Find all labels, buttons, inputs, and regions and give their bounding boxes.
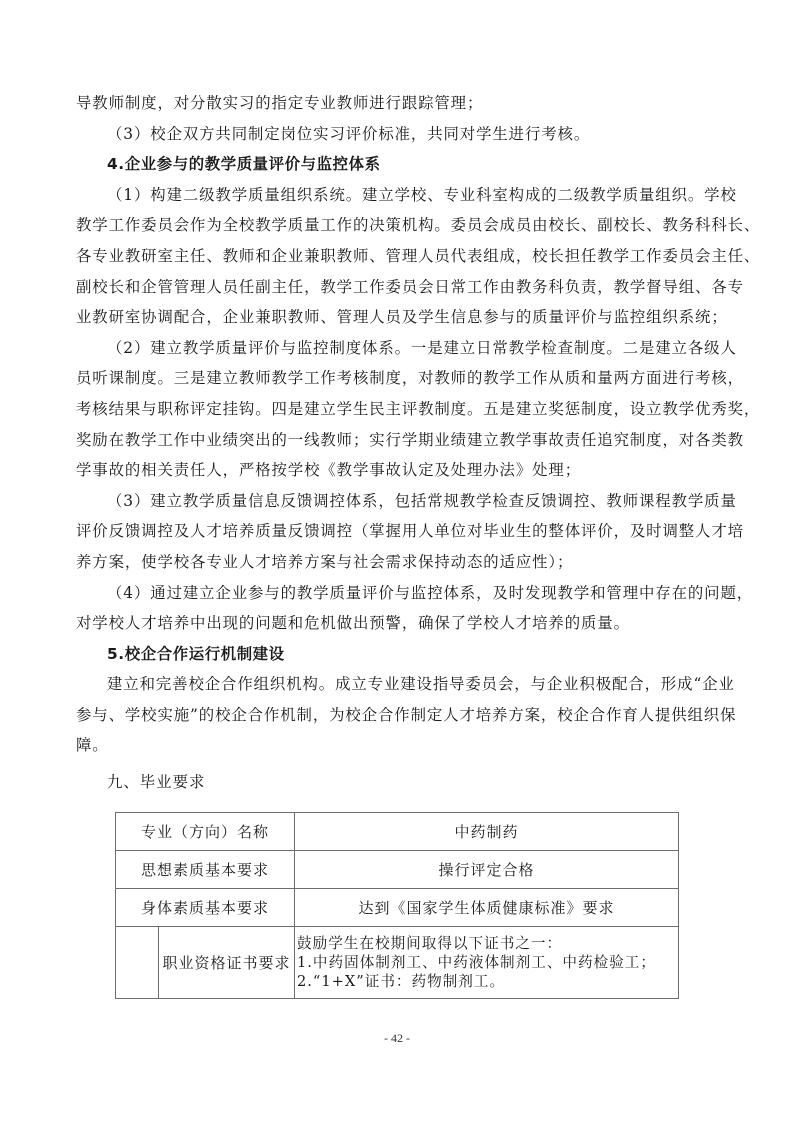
table-cell-label: 职业资格证书要求 (159, 927, 295, 999)
certificate-line: 鼓励学生在校期间取得以下证书之一： (297, 934, 678, 953)
table-cell-value: 中药制药 (295, 813, 679, 851)
paragraph-line: （3）建立教学质量信息反馈调控体系，包括常规教学检查反馈调控、教师课程教学质量 (76, 486, 720, 517)
paragraph-early-warning: （4）通过建立企业参与的教学质量评价与监控体系，及时发现教学和管理中存在的问题，… (76, 578, 720, 639)
paragraph-line: 导教师制度，对分散实习的指定专业教师进行跟踪管理； (76, 88, 720, 119)
paragraph-line: 考核结果与职称评定挂钩。四是建立学生民主评教制度。五是建立奖惩制度，设立教学优秀… (76, 394, 720, 425)
section-heading-graduation-requirements: 九、毕业要求 (76, 767, 720, 798)
paragraph-line: 各专业教研室主任、教师和企业兼职教师、管理人员代表组成，校长担任教学工作委员会主… (76, 241, 720, 272)
paragraph-line: （1）构建二级教学质量组织系统。建立学校、专业科室构成的二级教学质量组织。学校 (76, 180, 720, 211)
section-heading-4: 4.企业参与的教学质量评价与监控体系 (76, 149, 720, 180)
paragraph-line: 障。 (76, 730, 720, 761)
paragraph-quality-organization: （1）构建二级教学质量组织系统。建立学校、专业科室构成的二级教学质量组织。学校 … (76, 180, 720, 333)
table-cell-value: 操行评定合格 (295, 851, 679, 889)
table-row-certificates: 职业资格证书要求 鼓励学生在校期间取得以下证书之一： 1.中药固体制剂工、中药液… (116, 927, 679, 999)
paragraph-feedback-system: （3）建立教学质量信息反馈调控体系，包括常规教学检查反馈调控、教师课程教学质量 … (76, 486, 720, 578)
paragraph-line: （4）通过建立企业参与的教学质量评价与监控体系，及时发现教学和管理中存在的问题， (76, 578, 720, 609)
table-cell-certificates: 鼓励学生在校期间取得以下证书之一： 1.中药固体制剂工、中药液体制剂工、中药检验… (295, 927, 679, 999)
graduation-requirements-table: 专业（方向）名称 中药制药 思想素质基本要求 操行评定合格 身体素质基本要求 达… (115, 812, 679, 999)
paragraph-line: 奖励在教学工作中业绩突出的一线教师；实行学期业绩建立教学事故责任追究制度，对各类… (76, 425, 720, 456)
table-cell-value: 达到《国家学生体质健康标准》要求 (295, 889, 679, 927)
page-number: - 42 - (0, 1031, 794, 1046)
paragraph-line: 建立和完善校企合作组织机构。成立专业建设指导委员会，与企业积极配合，形成“企业 (76, 669, 720, 700)
paragraph-line: 员听课制度。三是建立教师教学工作考核制度，对教师的教学工作从质和量两方面进行考核… (76, 363, 720, 394)
section-heading-5: 5.校企合作运行机制建设 (76, 639, 720, 670)
paragraph-line: 养方案，使学校各专业人才培养方案与社会需求保持动态的适应性）； (76, 547, 720, 578)
certificate-line: 2.“1+X”证书：药物制剂工。 (297, 972, 678, 991)
paragraph-line: 评价反馈调控及人才培养质量反馈调控（掌握用人单位对毕业生的整体评价，及时调整人才… (76, 516, 720, 547)
paragraph-line: 教学工作委员会作为全校教学质量工作的决策机构。委员会成员由校长、副校长、教务科科… (76, 210, 720, 241)
paragraph-evaluation-system: （2）建立教学质量评价与监控制度体系。一是建立日常教学检查制度。二是建立各级人 … (76, 333, 720, 486)
list-item-internship-evaluation: （3）校企双方共同制定岗位实习评价标准，共同对学生进行考核。 (76, 119, 720, 150)
table-row: 思想素质基本要求 操行评定合格 (116, 851, 679, 889)
paragraph-cooperation-mechanism: 建立和完善校企合作组织机构。成立专业建设指导委员会，与企业积极配合，形成“企业 … (76, 669, 720, 761)
table-row: 专业（方向）名称 中药制药 (116, 813, 679, 851)
table-cell-empty (116, 927, 159, 999)
paragraph-line: 学事故的相关责任人，严格按学校《教学事故认定及处理办法》处理； (76, 455, 720, 486)
table-cell-label: 专业（方向）名称 (116, 813, 295, 851)
table-cell-label: 思想素质基本要求 (116, 851, 295, 889)
certificate-line: 1.中药固体制剂工、中药液体制剂工、中药检验工； (297, 953, 678, 972)
table-cell-label: 身体素质基本要求 (116, 889, 295, 927)
document-page: 导教师制度，对分散实习的指定专业教师进行跟踪管理； （3）校企双方共同制定岗位实… (0, 0, 794, 1123)
paragraph-line: 副校长和企管管理人员任副主任，教学工作委员会日常工作由教务科负责，教学督导组、各… (76, 272, 720, 303)
page-body: 导教师制度，对分散实习的指定专业教师进行跟踪管理； （3）校企双方共同制定岗位实… (76, 88, 720, 798)
paragraph-line: 参与、学校实施”的校企合作机制，为校企合作制定人才培养方案，校企合作育人提供组织… (76, 700, 720, 731)
paragraph-line: （2）建立教学质量评价与监控制度体系。一是建立日常教学检查制度。二是建立各级人 (76, 333, 720, 364)
paragraph-line: 对学校人才培养中出现的问题和危机做出预警，确保了学校人才培养的质量。 (76, 608, 720, 639)
paragraph-line: 业教研室协调配合，企业兼职教师、管理人员及学生信息参与的质量评价与监控组织系统； (76, 302, 720, 333)
table-row: 身体素质基本要求 达到《国家学生体质健康标准》要求 (116, 889, 679, 927)
